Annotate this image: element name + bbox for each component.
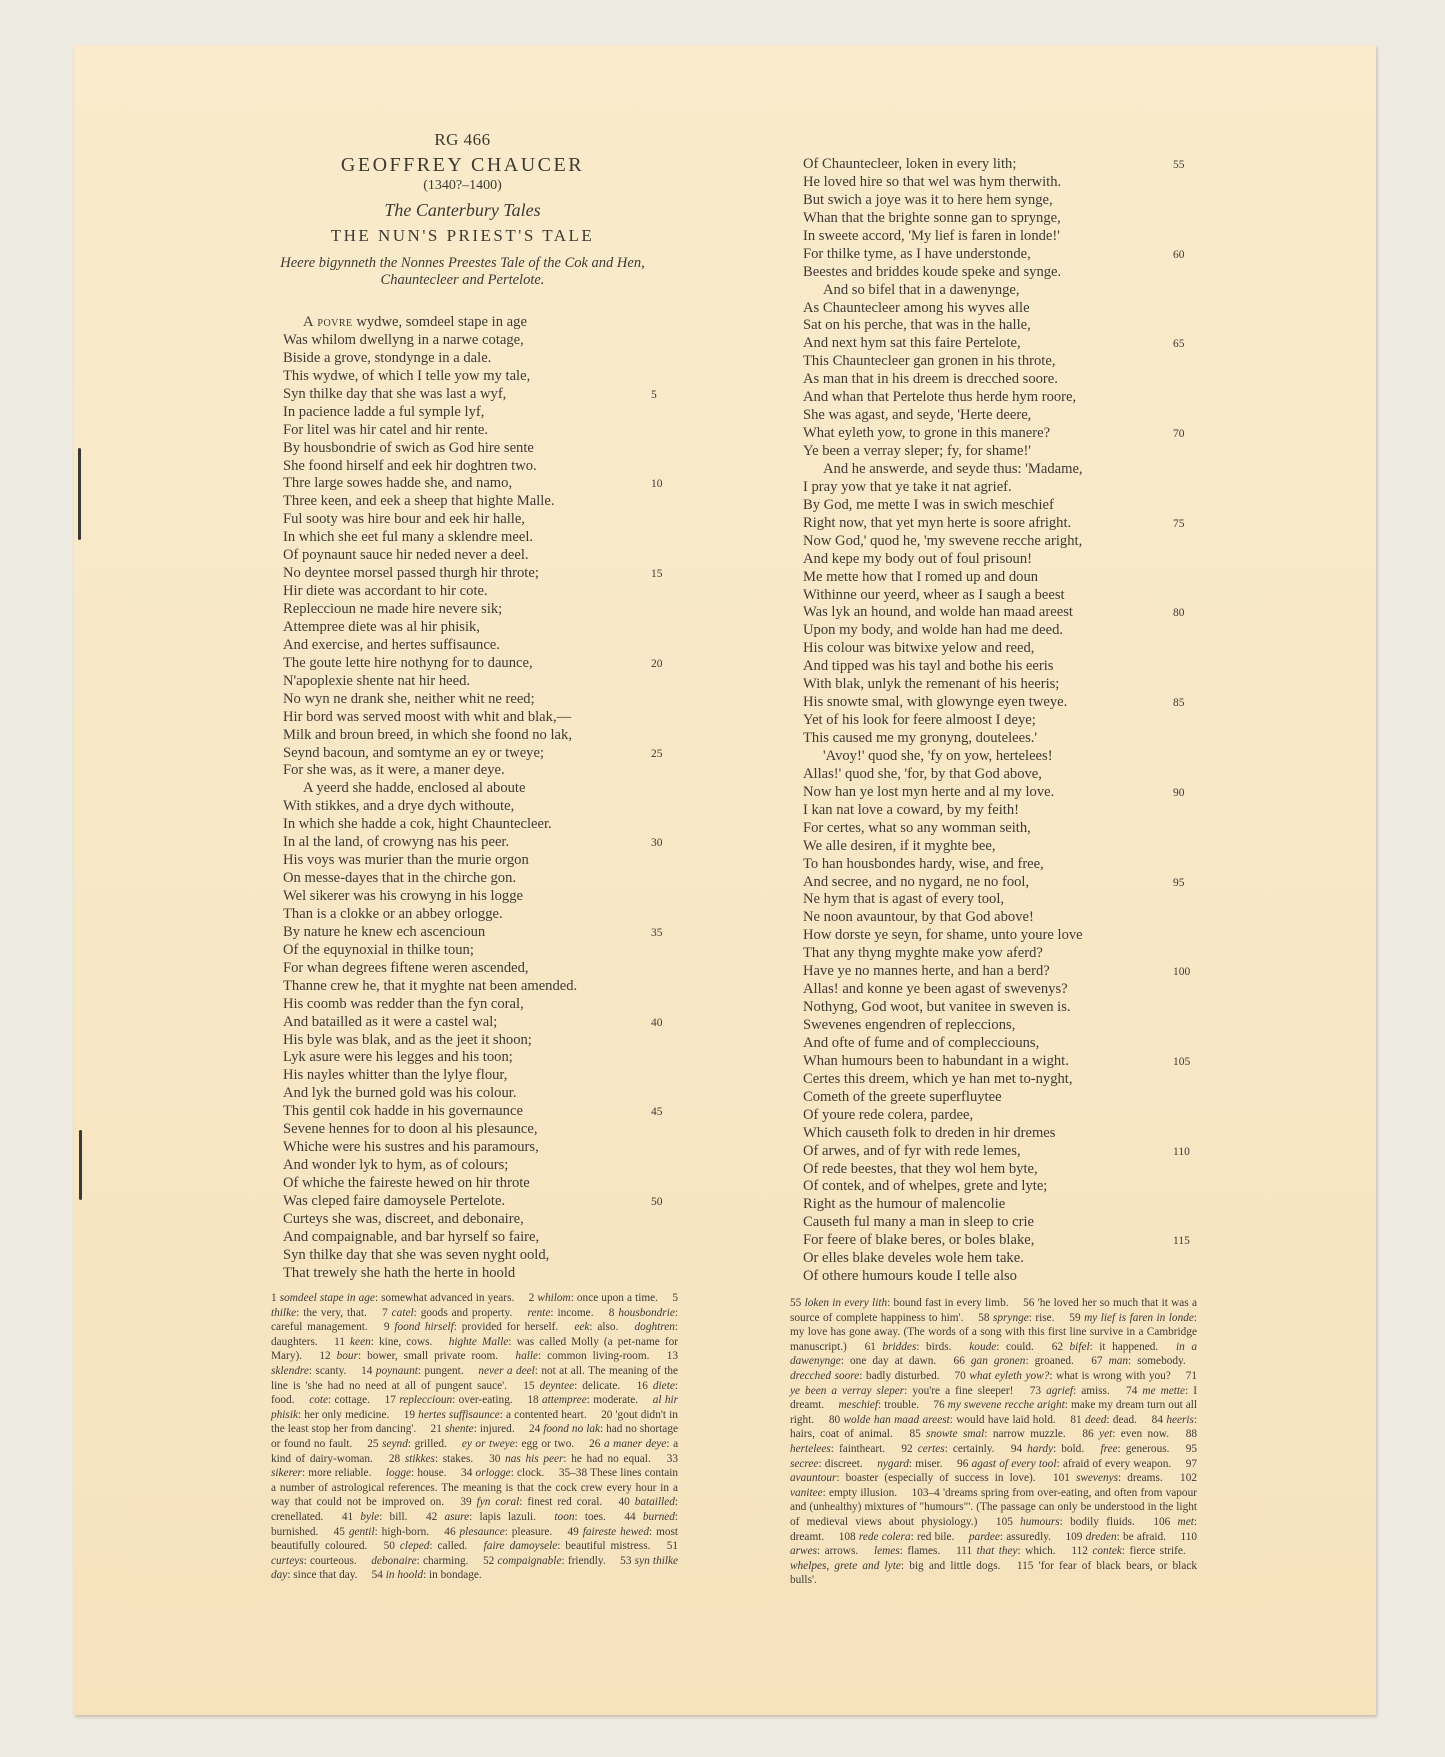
footnote-term: loken in every lith bbox=[805, 1297, 888, 1309]
footnote-entry: 14 poynaunt: pungent. bbox=[361, 1365, 464, 1377]
footnote-gloss: a contented heart. bbox=[506, 1409, 587, 1421]
poem-line: She foond hirself and eek hir doghtren t… bbox=[283, 458, 673, 476]
footnote-term: hertelees bbox=[790, 1443, 831, 1455]
poem-line: Whan that the brighte sonne gan to spryn… bbox=[803, 210, 1193, 228]
line-text: In sweete accord, 'My lief is faren in l… bbox=[803, 228, 1060, 244]
poem-line: That any thyng myghte make yow aferd? bbox=[803, 945, 1193, 963]
footnote-gloss: faintheart. bbox=[839, 1443, 885, 1455]
footnote-gloss: stakes. bbox=[443, 1453, 473, 1465]
line-number: 50 bbox=[651, 1194, 663, 1212]
line-text: Lyk asure were his legges and his toon; bbox=[283, 1049, 513, 1065]
footnote-gloss: empty illusion. bbox=[829, 1487, 897, 1499]
line-text: Three keen, and eek a sheep that highte … bbox=[283, 493, 555, 509]
footnote-number: 111 bbox=[956, 1545, 977, 1557]
footnote-entry: 2 whilom: once upon a time. bbox=[529, 1292, 658, 1304]
footnote-number: 41 bbox=[342, 1511, 361, 1523]
footnote-term: drecched soore bbox=[790, 1370, 859, 1382]
footnote-gloss: rise. bbox=[1035, 1312, 1054, 1324]
footnote-number: 50 bbox=[384, 1540, 400, 1552]
line-text: Was lyk an hound, and wolde han maad are… bbox=[803, 604, 1073, 620]
line-text: In pacience ladde a ful symple lyf, bbox=[283, 404, 484, 420]
footnote-entry: 42 asure: lapis lazuli. bbox=[426, 1511, 536, 1523]
footnote-term: what eyleth yow? bbox=[969, 1370, 1049, 1382]
footnote-entry: 58 sprynge: rise. bbox=[978, 1312, 1054, 1324]
line-text: I pray yow that ye take it nat agrief. bbox=[803, 479, 1012, 495]
footnote-gloss: kine, cows. bbox=[379, 1336, 432, 1348]
footnote-term: my lief is faren in londe bbox=[1084, 1312, 1194, 1324]
footnote-number: 96 bbox=[957, 1458, 972, 1470]
footnote-gloss: narrow muzzle. bbox=[993, 1428, 1066, 1440]
footnote-number: 15 bbox=[523, 1380, 539, 1392]
footnote-term: asure bbox=[444, 1511, 469, 1523]
line-number: 95 bbox=[1173, 875, 1185, 893]
footnote-term: agrief bbox=[1046, 1385, 1073, 1397]
footnote-term: plesaunce bbox=[460, 1526, 505, 1538]
footnote-gloss: generous. bbox=[1126, 1443, 1170, 1455]
line-text: N'apoplexie shente nat hir heed. bbox=[283, 673, 470, 689]
footnote-gloss: trouble. bbox=[884, 1399, 919, 1411]
footnote-gloss: bold. bbox=[1061, 1443, 1084, 1455]
footnote-gloss: even now. bbox=[1121, 1428, 1169, 1440]
poem-line: For certes, what so any womman seith, bbox=[803, 820, 1193, 838]
line-text: Upon my body, and wolde han had me deed. bbox=[803, 622, 1063, 638]
footnote-term: fyn coral bbox=[477, 1496, 520, 1508]
footnote-term: shente bbox=[445, 1423, 474, 1435]
footnote-entry: 45 gentil: high-born. bbox=[334, 1526, 429, 1538]
footnote-term: whelpes, grete and lyte bbox=[790, 1560, 901, 1572]
footnote-term: highte Malle bbox=[449, 1336, 509, 1348]
footnote-entry: 19 hertes suffisaunce: a contented heart… bbox=[404, 1409, 587, 1421]
line-number: 70 bbox=[1173, 426, 1185, 444]
line-text: Allas!' quod she, 'for, by that God abov… bbox=[803, 766, 1042, 782]
poem-line: Ye been a verray sleper; fy, for shame!' bbox=[803, 443, 1193, 461]
footnote-gloss: he had no equal. bbox=[571, 1453, 651, 1465]
footnote-number: 46 bbox=[444, 1526, 459, 1538]
footnote-entry: 21 shente: injured. bbox=[431, 1423, 515, 1435]
footnote-gloss: finest red coral. bbox=[527, 1496, 602, 1508]
footnote-gloss: which. bbox=[1025, 1545, 1055, 1557]
footnote-number: 12 bbox=[319, 1350, 336, 1362]
footnote-number: 105 bbox=[996, 1516, 1020, 1528]
footnote-number: 19 bbox=[404, 1409, 418, 1421]
footnote-number: 28 bbox=[389, 1453, 405, 1465]
line-text: As Chauntecleer among his wyves alle bbox=[803, 300, 1030, 316]
footnote-term: stikkes bbox=[405, 1453, 435, 1465]
poem-line: To han housbondes hardy, wise, and free, bbox=[803, 856, 1193, 874]
footnote-term: ye been a verray sleper bbox=[790, 1385, 904, 1397]
poem-line: Swevenes engendren of repleccions, bbox=[803, 1017, 1193, 1035]
footnote-gloss: daughters. bbox=[271, 1336, 318, 1348]
poem-line: Right as the humour of malencolie bbox=[803, 1196, 1193, 1214]
footnote-number: 56 bbox=[1023, 1297, 1038, 1309]
poem-line: His coomb was redder than the fyn coral, bbox=[283, 996, 673, 1014]
poem-line: And secree, and no nygard, ne no fool,95 bbox=[803, 874, 1193, 892]
footnote-gloss: over-eating. bbox=[459, 1394, 513, 1406]
footnote-entry: 62 bifel: it happened. bbox=[1052, 1341, 1159, 1353]
poem-line: And ofte of fume and of complecciouns, bbox=[803, 1035, 1193, 1053]
footnote-term: my swevene recche aright bbox=[948, 1399, 1065, 1411]
footnote-term: deyntee bbox=[540, 1380, 575, 1392]
footnote-gloss: toes. bbox=[585, 1511, 606, 1523]
poem-line: For feere of blake beres, or boles blake… bbox=[803, 1232, 1193, 1250]
footnote-number: 25 bbox=[367, 1438, 382, 1450]
poem-line: Was lyk an hound, and wolde han maad are… bbox=[803, 604, 1193, 622]
page-header: RG 466 GEOFFREY CHAUCER (1340?–1400) The… bbox=[240, 130, 685, 289]
footnote-entry: 30 nas his peer: he had no equal. bbox=[489, 1453, 651, 1465]
line-text: In which she eet ful many a sklendre mee… bbox=[283, 529, 533, 545]
poem-line: Was whilom dwellyng in a narwe cotage, bbox=[283, 332, 673, 350]
line-text: To han housbondes hardy, wise, and free, bbox=[803, 856, 1044, 872]
poem-line: And batailled as it were a castel wal;40 bbox=[283, 1014, 673, 1032]
line-text: Beestes and briddes koude speke and syng… bbox=[803, 264, 1061, 280]
footnote-gloss: somebody. bbox=[1137, 1355, 1186, 1367]
poem-line: 'Avoy!' quod she, 'fy on yow, hertelees! bbox=[803, 748, 1193, 766]
footnote-gloss: common living-room. bbox=[547, 1350, 649, 1362]
poem-line: Cometh of the greete superfluytee bbox=[803, 1089, 1193, 1107]
footnote-entry: 66 gan gronen: groaned. bbox=[954, 1355, 1074, 1367]
line-text: Was whilom dwellyng in a narwe cotage, bbox=[283, 332, 524, 348]
poem-line: Which causeth folk to dreden in hir drem… bbox=[803, 1125, 1193, 1143]
poem-line: For she was, as it were, a maner deye. bbox=[283, 762, 673, 780]
footnote-entry: 54 in hoold: in bondage. bbox=[372, 1569, 482, 1581]
line-text: We alle desiren, if it myghte bee, bbox=[803, 838, 996, 854]
footnote-term: bour bbox=[337, 1350, 358, 1362]
poem-line: Have ye no mannes herte, and han a berd?… bbox=[803, 963, 1193, 981]
footnote-gloss: bower, small private room. bbox=[367, 1350, 498, 1362]
footnote-term: repleccioun bbox=[399, 1394, 452, 1406]
line-text: Syn thilke day that she was seven nyght … bbox=[283, 1247, 549, 1263]
footnote-number: 44 bbox=[624, 1511, 643, 1523]
footnote-gloss: also. bbox=[597, 1321, 618, 1333]
footnote-entry: faire damoysele: beautiful mistress. bbox=[484, 1540, 651, 1552]
footnote-gloss: her only medicine. bbox=[304, 1409, 389, 1421]
line-text: And wonder lyk to hym, as of colours; bbox=[283, 1157, 508, 1173]
footnote-entry: 15 deyntee: delicate. bbox=[523, 1380, 620, 1392]
footnote-entry: drecched soore: badly disturbed. bbox=[790, 1370, 940, 1382]
poem-line: Right now, that yet myn herte is soore a… bbox=[803, 515, 1193, 533]
line-text: Ye been a verray sleper; fy, for shame!' bbox=[803, 443, 1031, 459]
line-number: 35 bbox=[651, 925, 663, 943]
line-text: Causeth ful many a man in sleep to crie bbox=[803, 1214, 1034, 1230]
footnote-gloss: dead. bbox=[1113, 1414, 1137, 1426]
line-text: Cometh of the greete superfluytee bbox=[803, 1089, 1002, 1105]
line-text: Whan that the brighte sonne gan to spryn… bbox=[803, 210, 1061, 226]
line-text: No wyn ne drank she, neither whit ne ree… bbox=[283, 691, 535, 707]
footnote-term: avauntour bbox=[790, 1472, 836, 1484]
line-text: And whan that Pertelote thus herde hym r… bbox=[803, 389, 1076, 405]
poem-line: For whan degrees fiftene weren ascended, bbox=[283, 960, 673, 978]
line-text: Milk and broun breed, in which she foond… bbox=[283, 727, 572, 743]
poem-line: Ne hym that is agast of every tool, bbox=[803, 891, 1193, 909]
poem-line: Thre large sowes hadde she, and namo,10 bbox=[283, 475, 673, 493]
footnote-number: 62 bbox=[1052, 1341, 1070, 1353]
footnote-number: 102 bbox=[1180, 1472, 1197, 1484]
footnote-term: humours bbox=[1020, 1516, 1060, 1528]
footnote-term: thilke bbox=[271, 1307, 296, 1319]
poem-line: Beestes and briddes koude speke and syng… bbox=[803, 264, 1193, 282]
line-text: Biside a grove, stondynge in a dale. bbox=[283, 350, 491, 366]
footnote-term: byle bbox=[360, 1511, 379, 1523]
footnote-number: 94 bbox=[1011, 1443, 1027, 1455]
line-text: Of othere humours koude I telle also bbox=[803, 1268, 1017, 1284]
footnote-entry: 17 repleccioun: over-eating. bbox=[385, 1394, 513, 1406]
footnote-entry: 12 bour: bower, small private room. bbox=[319, 1350, 498, 1362]
line-text: Swevenes engendren of repleccions, bbox=[803, 1017, 1015, 1033]
footnote-number: 18 bbox=[527, 1394, 542, 1406]
poem-line: Allas! and konne ye been agast of sweven… bbox=[803, 981, 1193, 999]
poem-line: That trewely she hath the herte in hoold bbox=[283, 1265, 673, 1283]
footnote-number: 42 bbox=[426, 1511, 445, 1523]
footnote-gloss: burnished. bbox=[271, 1526, 318, 1538]
staple-bottom bbox=[79, 1130, 82, 1200]
line-text: Syn thilke day that she was last a wyf, bbox=[283, 386, 506, 402]
poem-column-right: Of Chauntecleer, loken in every lith;55H… bbox=[803, 156, 1193, 1286]
poem-line: Lyk asure were his legges and his toon; bbox=[283, 1049, 673, 1067]
footnote-number: 59 bbox=[1069, 1312, 1084, 1324]
tale-title: THE NUN'S PRIEST'S TALE bbox=[240, 226, 685, 246]
poem-line: And so bifel that in a dawenynge, bbox=[803, 282, 1193, 300]
footnote-number: 14 bbox=[361, 1365, 376, 1377]
footnote-gloss: could. bbox=[1006, 1341, 1034, 1353]
line-text: His nayles whitter than the lylye flour, bbox=[283, 1067, 507, 1083]
footnote-number: 49 bbox=[567, 1526, 582, 1538]
poem-line: Of whiche the faireste hewed on hir thro… bbox=[283, 1175, 673, 1193]
line-text: Of poynaunt sauce hir neded never a deel… bbox=[283, 547, 529, 563]
poem-line: What eyleth yow, to grone in this manere… bbox=[803, 425, 1193, 443]
line-text: And kepe my body out of foul prisoun! bbox=[803, 551, 1032, 567]
poem-line: And tipped was his tayl and bothe his ee… bbox=[803, 658, 1193, 676]
line-text: His snowte smal, with glowynge eyen twey… bbox=[803, 694, 1067, 710]
footnote-number: 76 bbox=[933, 1399, 947, 1411]
line-text: What eyleth yow, to grone in this manere… bbox=[803, 425, 1050, 441]
poem-line: Of youre rede colera, pardee, bbox=[803, 1107, 1193, 1125]
poem-line: For thilke tyme, as I have understonde,6… bbox=[803, 246, 1193, 264]
line-text: How dorste ye seyn, for shame, unto your… bbox=[803, 927, 1083, 943]
line-number: 15 bbox=[651, 566, 663, 584]
poem-line: I kan nat love a coward, by my feith! bbox=[803, 802, 1193, 820]
footnote-entry: 67 man: somebody. bbox=[1091, 1355, 1186, 1367]
line-text: Which causeth folk to dreden in hir drem… bbox=[803, 1125, 1055, 1141]
footnote-term: that they bbox=[977, 1545, 1018, 1557]
footnote-number: 9 bbox=[384, 1321, 394, 1333]
footnote-number: 21 bbox=[431, 1423, 445, 1435]
poem-line: Seynd bacoun, and somtyme an ey or tweye… bbox=[283, 745, 673, 763]
footnote-gloss: more reliable. bbox=[308, 1467, 371, 1479]
footnote-term: somdeel stape in age bbox=[280, 1292, 375, 1304]
line-number: 105 bbox=[1173, 1054, 1190, 1072]
poem-line: No deyntee morsel passed thurgh hir thro… bbox=[283, 565, 673, 583]
footnote-number: 85 bbox=[909, 1428, 926, 1440]
line-text: As man that in his dreem is drecched soo… bbox=[803, 371, 1058, 387]
line-text: The goute lette hire nothyng for to daun… bbox=[283, 655, 533, 671]
footnote-term: koude bbox=[969, 1341, 996, 1353]
line-text: Thanne crew he, that it myghte nat been … bbox=[283, 978, 577, 994]
footnote-gloss: injured. bbox=[480, 1423, 515, 1435]
poem-line: Yet of his look for feere almoost I deye… bbox=[803, 712, 1193, 730]
poem-line: By God, me mette I was in swich meschief bbox=[803, 497, 1193, 515]
footnote-term: catel bbox=[392, 1307, 414, 1319]
line-text: His coomb was redder than the fyn coral, bbox=[283, 996, 524, 1012]
poem-line: A yeerd she hadde, enclosed al aboute bbox=[283, 780, 673, 798]
line-text: Curteys she was, discreet, and debonaire… bbox=[283, 1211, 524, 1227]
footnote-gloss: what is wrong with you? bbox=[1056, 1370, 1171, 1382]
footnote-gloss: bound fast in every limb. bbox=[894, 1297, 1009, 1309]
footnote-gloss: would have laid hold. bbox=[956, 1414, 1055, 1426]
line-text: Withinne our yeerd, wheer as I saugh a b… bbox=[803, 587, 1065, 603]
footnote-entry: nygard: miser. bbox=[877, 1458, 942, 1470]
footnote-term: in hoold bbox=[386, 1569, 423, 1581]
footnote-term: briddes bbox=[882, 1341, 916, 1353]
footnote-number: 67 bbox=[1091, 1355, 1108, 1367]
footnote-term: sprynge bbox=[993, 1312, 1029, 1324]
footnote-gloss: goods and property. bbox=[421, 1307, 513, 1319]
line-text: Now God,' quod he, 'my swevene recche ar… bbox=[803, 533, 1082, 549]
footnote-entry: 28 stikkes: stakes. bbox=[389, 1453, 473, 1465]
poem-line: Upon my body, and wolde han had me deed. bbox=[803, 622, 1193, 640]
footnote-entry: 109 dreden: be afraid. bbox=[1065, 1531, 1166, 1543]
footnote-number: 88 bbox=[1186, 1428, 1197, 1440]
footnote-gloss: delicate. bbox=[582, 1380, 620, 1392]
line-text: Thre large sowes hadde she, and namo, bbox=[283, 475, 512, 491]
line-text: Yet of his look for feere almoost I deye… bbox=[803, 712, 1036, 728]
line-text: A yeerd she hadde, enclosed al aboute bbox=[303, 780, 525, 796]
footnote-term: heeris bbox=[1166, 1414, 1194, 1426]
footnote-entry: 81 deed: dead. bbox=[1070, 1414, 1137, 1426]
footnote-number: 55 bbox=[790, 1297, 805, 1309]
footnote-gloss: egg or two. bbox=[522, 1438, 575, 1450]
footnote-entry: koude: could. bbox=[969, 1341, 1034, 1353]
poem-line: And lyk the burned gold was his colour. bbox=[283, 1085, 673, 1103]
footnote-term: bifel bbox=[1070, 1341, 1090, 1353]
footnote-term: free bbox=[1101, 1443, 1118, 1455]
poem-line: Biside a grove, stondynge in a dale. bbox=[283, 350, 673, 368]
line-text: Me mette how that I romed up and doun bbox=[803, 569, 1038, 585]
work-title: The Canterbury Tales bbox=[240, 200, 685, 221]
footnote-gloss: certainly. bbox=[953, 1443, 995, 1455]
line-text: This gentil cok hadde in his governaunce bbox=[283, 1103, 523, 1119]
line-text: For whan degrees fiftene weren ascended, bbox=[283, 960, 529, 976]
poem-line: Of poynaunt sauce hir neded never a deel… bbox=[283, 547, 673, 565]
footnote-entry: pardee: assuredly. bbox=[969, 1531, 1051, 1543]
footnote-number: 80 bbox=[829, 1414, 844, 1426]
poem-line: Whiche were his sustres and his paramour… bbox=[283, 1139, 673, 1157]
line-number: 115 bbox=[1173, 1233, 1190, 1251]
poem-line: As man that in his dreem is drecched soo… bbox=[803, 371, 1193, 389]
footnote-entry: 9 foond hirself: provided for herself. bbox=[384, 1321, 558, 1333]
poem-line: Milk and broun breed, in which she foond… bbox=[283, 727, 673, 745]
footnote-entry: 70 what eyleth yow?: what is wrong with … bbox=[954, 1370, 1170, 1382]
line-text: Or elles blake develes wole hem take. bbox=[803, 1250, 1024, 1266]
line-text: wydwe, somdeel stape in age bbox=[353, 314, 527, 330]
footnote-gloss: red bile. bbox=[917, 1531, 954, 1543]
author-dates: (1340?–1400) bbox=[240, 178, 685, 194]
footnote-term: compaignable bbox=[497, 1555, 561, 1567]
footnote-number: 26 bbox=[589, 1438, 604, 1450]
poem-line: And wonder lyk to hym, as of colours; bbox=[283, 1157, 673, 1175]
footnote-number: 115 bbox=[1017, 1560, 1039, 1572]
opening-words: A povre bbox=[303, 314, 353, 330]
poem-line: By housbondrie of swich as God hire sent… bbox=[283, 440, 673, 458]
footnote-term: sikerer bbox=[271, 1467, 302, 1479]
footnote-number: 58 bbox=[978, 1312, 993, 1324]
poem-line: Sevene hennes for to doon al his plesaun… bbox=[283, 1121, 673, 1139]
footnote-number: 74 bbox=[1126, 1385, 1142, 1397]
incipit: Heere bigynneth the Nonnes Preestes Tale… bbox=[240, 255, 685, 289]
line-number: 90 bbox=[1173, 785, 1185, 803]
footnote-term: vanitee bbox=[790, 1487, 823, 1499]
poem-line: And he answerde, and seyde thus: 'Madame… bbox=[803, 461, 1193, 479]
poem-line: Than is a clokke or an abbey orlogge. bbox=[283, 906, 673, 924]
footnote-term: faire damoysele bbox=[484, 1540, 558, 1552]
footnote-number: 61 bbox=[865, 1341, 883, 1353]
footnote-number: 13 bbox=[667, 1350, 678, 1362]
footnote-entry: debonaire: charming. bbox=[371, 1555, 468, 1567]
footnote-entry: meschief: trouble. bbox=[839, 1399, 920, 1411]
poem-line: With blak, unlyk the remenant of his hee… bbox=[803, 676, 1193, 694]
line-text: Hir bord was served moost with whit and … bbox=[283, 709, 571, 725]
footnote-entry: 50 cleped: called. bbox=[384, 1540, 468, 1552]
line-text: Than is a clokke or an abbey orlogge. bbox=[283, 906, 503, 922]
footnote-gloss: fierce strife. bbox=[1130, 1545, 1186, 1557]
poem-line: Of arwes, and of fyr with rede lemes,110 bbox=[803, 1143, 1193, 1161]
footnote-entry: 41 byle: bill. bbox=[342, 1511, 408, 1523]
footnote-term: batailled bbox=[635, 1496, 675, 1508]
poem-line: For litel was hir catel and hir rente. bbox=[283, 422, 673, 440]
line-text: But swich a joye was it to here hem syng… bbox=[803, 192, 1053, 208]
footnote-term: foond no lak bbox=[543, 1423, 600, 1435]
footnote-gloss: bodily fluids. bbox=[1070, 1516, 1135, 1528]
footnote-gloss: crenellated. bbox=[271, 1511, 323, 1523]
footnote-term: debonaire bbox=[371, 1555, 416, 1567]
line-text: Repleccioun ne made hire nevere sik; bbox=[283, 601, 502, 617]
footnote-gloss: birds. bbox=[926, 1341, 951, 1353]
poem-line: A povre wydwe, somdeel stape in age bbox=[283, 314, 673, 332]
footnote-term: dreden bbox=[1086, 1531, 1117, 1543]
line-text: She was agast, and seyde, 'Herte deere, bbox=[803, 407, 1031, 423]
poem-line: Three keen, and eek a sheep that highte … bbox=[283, 493, 673, 511]
footnote-gloss: once upon a time. bbox=[577, 1292, 658, 1304]
poem-line: With stikkes, and a drye dych withoute, bbox=[283, 798, 673, 816]
footnote-term: yet bbox=[1099, 1428, 1112, 1440]
poem-line: And exercise, and hertes suffisaunce. bbox=[283, 637, 673, 655]
footnote-number: 70 bbox=[954, 1370, 969, 1382]
footnote-number: 40 bbox=[618, 1496, 634, 1508]
line-number: 85 bbox=[1173, 695, 1185, 713]
line-number: 5 bbox=[651, 387, 657, 405]
footnote-gloss: careful management. bbox=[271, 1321, 368, 1333]
line-text: And ofte of fume and of complecciouns, bbox=[803, 1035, 1039, 1051]
footnote-term: toon bbox=[554, 1511, 574, 1523]
footnote-term: diete bbox=[653, 1380, 675, 1392]
line-number: 25 bbox=[651, 746, 663, 764]
poem-line: This caused me my gronyng, doutelees.' bbox=[803, 730, 1193, 748]
poem-column-left: A povre wydwe, somdeel stape in ageWas w… bbox=[283, 314, 673, 1283]
footnote-entry: ey or tweye: egg or two. bbox=[462, 1438, 574, 1450]
poem-line: His snowte smal, with glowynge eyen twey… bbox=[803, 694, 1193, 712]
line-text: Of youre rede colera, pardee, bbox=[803, 1107, 973, 1123]
footnote-term: hertes suffisaunce bbox=[418, 1409, 500, 1421]
footnote-gloss: it happened. bbox=[1099, 1341, 1158, 1353]
footnote-term: logge bbox=[386, 1467, 411, 1479]
footnote-number: 8 bbox=[609, 1307, 619, 1319]
poem-line: Curteys she was, discreet, and debonaire… bbox=[283, 1211, 673, 1229]
footnote-gloss: groaned. bbox=[1035, 1355, 1074, 1367]
footnote-gloss: grilled. bbox=[415, 1438, 447, 1450]
line-text: Hir diete was accordant to hir cote. bbox=[283, 583, 488, 599]
footnote-term: burned bbox=[643, 1511, 675, 1523]
footnote-entry: 34 orlogge: clock. bbox=[461, 1467, 544, 1479]
footnote-number: 1 bbox=[271, 1292, 280, 1304]
